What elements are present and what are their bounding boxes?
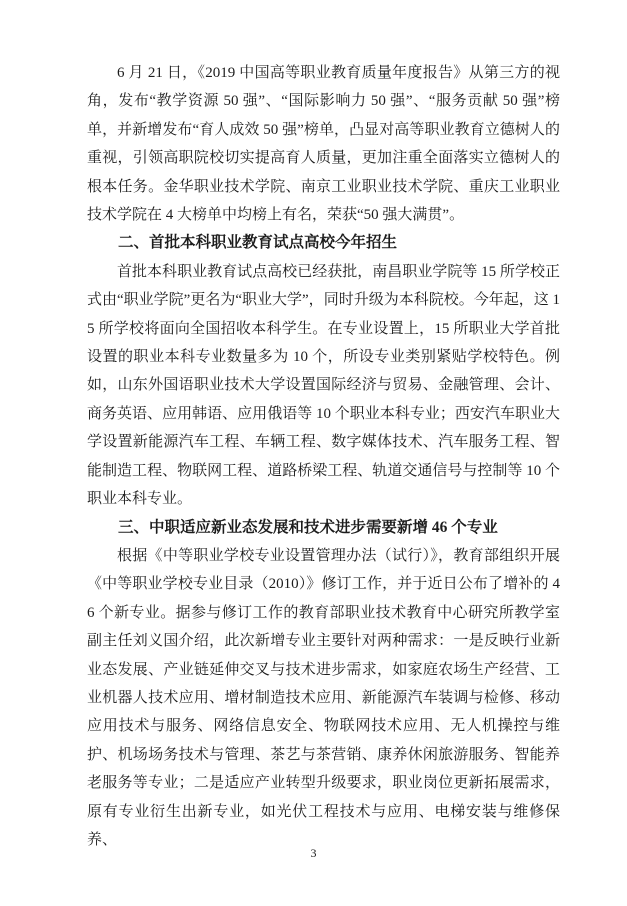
paragraph-undergraduate-pilot: 首批本科职业教育试点高校已经获批，南昌职业学院等 15 所学校正式由“职业学院”… (87, 258, 560, 514)
document-page: 6 月 21 日，《2019 中国高等职业教育质量年度报告》从第三方的视角，发布… (0, 0, 627, 906)
section-heading-undergraduate-pilot: 二、首批本科职业教育试点高校今年招生 (87, 229, 560, 257)
document-body: 6 月 21 日，《2019 中国高等职业教育质量年度报告》从第三方的视角，发布… (87, 59, 560, 854)
paragraph-new-majors: 根据《中等职业学校专业设置管理办法（试行）》，教育部组织开展《中等职业学校专业目… (87, 542, 560, 854)
page-number: 3 (0, 845, 627, 861)
section-heading-new-majors: 三、中职适应新业态发展和技术进步需要新增 46 个专业 (87, 514, 560, 542)
paragraph-annual-report: 6 月 21 日，《2019 中国高等职业教育质量年度报告》从第三方的视角，发布… (87, 59, 560, 229)
